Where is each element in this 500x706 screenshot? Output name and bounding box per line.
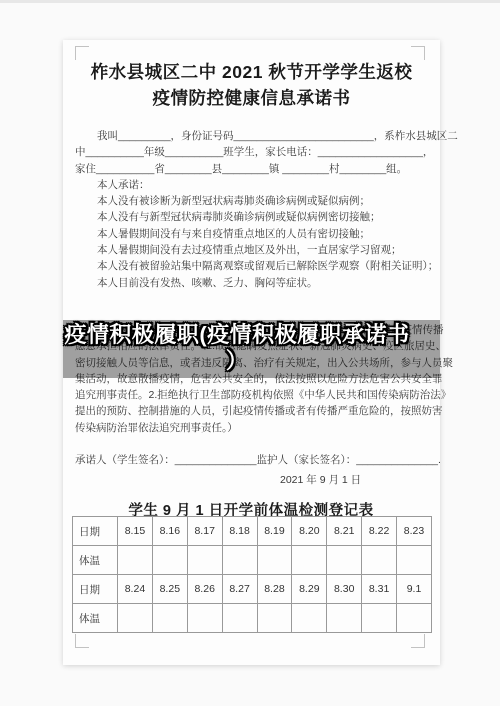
table-cell xyxy=(152,604,187,633)
row-label: 体温 xyxy=(73,546,118,575)
table-cell: 8.24 xyxy=(118,575,153,604)
intro-line: 家住__________省________县________镇 ________… xyxy=(75,161,427,177)
table-cell xyxy=(118,546,153,575)
row-label: 日期 xyxy=(73,575,118,604)
table-cell xyxy=(118,604,153,633)
table-cell: 8.16 xyxy=(152,517,187,546)
table-cell xyxy=(222,604,257,633)
overlay-headline: 疫情积极履职(疫情积极履职承诺书 ） xyxy=(0,322,487,374)
date-line: 2021 年 9 月 1 日 xyxy=(75,472,427,488)
table-cell: 8.23 xyxy=(397,517,432,546)
table-cell xyxy=(257,604,292,633)
table-cell xyxy=(187,604,222,633)
crop-mark-top-right xyxy=(411,46,425,60)
table-cell xyxy=(292,604,327,633)
table-cell: 8.25 xyxy=(152,575,187,604)
table-cell: 8.31 xyxy=(362,575,397,604)
crop-mark-top-left xyxy=(75,46,89,60)
document-title-line1: 柞水县城区二中 2021 秋节开学学生返校 xyxy=(63,59,440,85)
table-cell: 8.30 xyxy=(327,575,362,604)
crop-mark-bottom-left xyxy=(75,634,89,648)
promise-item: 本人目前没有发热、咳嗽、乏力、胸闷等症状。 xyxy=(75,275,427,291)
table-cell xyxy=(257,546,292,575)
table-cell: 8.19 xyxy=(257,517,292,546)
promise-item: 本人没有与新型冠状病毒肺炎确诊病例或疑似病例密切接触； xyxy=(75,209,427,225)
table-cell xyxy=(397,604,432,633)
overlay-headline-line2: ） xyxy=(0,348,487,374)
responsibility-line: 传染病防治罪依法追究刑事责任。） xyxy=(75,420,427,436)
article-image: 柞水县城区二中 2021 秋节开学学生返校 疫情防控健康信息承诺书 我叫____… xyxy=(0,0,500,706)
table-cell: 8.22 xyxy=(362,517,397,546)
table-cell xyxy=(292,546,327,575)
table-cell: 8.21 xyxy=(327,517,362,546)
row-label: 日期 xyxy=(73,517,118,546)
overlay-headline-line1: 疫情积极履职(疫情积极履职承诺书 xyxy=(0,322,487,348)
table-cell xyxy=(152,546,187,575)
top-divider xyxy=(0,0,500,3)
table-row: 日期8.248.258.268.278.288.298.308.319.1 xyxy=(73,575,432,604)
signature-line: 承诺人（学生签名）：______________监护人（家长签名）：______… xyxy=(75,452,427,468)
table-cell xyxy=(362,604,397,633)
responsibility-line: 提出的预防、控制措施的人员，引起疫情传播或者有传播严重危险的，按照妨害 xyxy=(75,403,427,419)
row-label: 体温 xyxy=(73,604,118,633)
table-cell xyxy=(327,604,362,633)
document-title: 柞水县城区二中 2021 秋节开学学生返校 疫情防控健康信息承诺书 xyxy=(63,59,440,111)
promise-heading: 本人承诺： xyxy=(75,177,427,193)
table-cell xyxy=(222,546,257,575)
table-cell: 8.20 xyxy=(292,517,327,546)
table-row: 体温 xyxy=(73,604,432,633)
intro-line: 中__________年级__________班学生，家长电话：________… xyxy=(75,144,427,160)
table-cell: 8.29 xyxy=(292,575,327,604)
table-cell xyxy=(362,546,397,575)
intro-line: 我叫_________，身份证号码_______________________… xyxy=(75,128,427,144)
promise-item: 本人没有被诊断为新型冠状病毒肺炎确诊病例或疑似病例； xyxy=(75,193,427,209)
table-cell: 8.28 xyxy=(257,575,292,604)
table-row: 日期8.158.168.178.188.198.208.218.228.23 xyxy=(73,517,432,546)
crop-mark-bottom-right xyxy=(411,634,425,648)
responsibility-line: 追究刑事责任。2.拒绝执行卫生部防疫机构依照《中华人民共和国传染病防治法》 xyxy=(75,387,427,403)
table-cell: 8.15 xyxy=(118,517,153,546)
table-row: 体温 xyxy=(73,546,432,575)
table-cell: 9.1 xyxy=(397,575,432,604)
table-cell: 8.27 xyxy=(222,575,257,604)
table-cell: 8.17 xyxy=(187,517,222,546)
table-cell: 8.26 xyxy=(187,575,222,604)
promise-item: 本人没有被留验站集中隔离观察或留观后已解除医学观察（附相关证明）； xyxy=(75,258,427,274)
table-cell: 8.18 xyxy=(222,517,257,546)
document-title-line2: 疫情防控健康信息承诺书 xyxy=(63,85,440,111)
promise-item: 本人暑假期间没有去过疫情重点地区及外出，一直居家学习留观； xyxy=(75,242,427,258)
promise-item: 本人暑假期间没有与来自疫情重点地区的人员有密切接触； xyxy=(75,226,427,242)
table-cell xyxy=(327,546,362,575)
table-cell xyxy=(187,546,222,575)
table-cell xyxy=(397,546,432,575)
temperature-table: 日期8.158.168.178.188.198.208.218.228.23体温… xyxy=(72,516,432,633)
